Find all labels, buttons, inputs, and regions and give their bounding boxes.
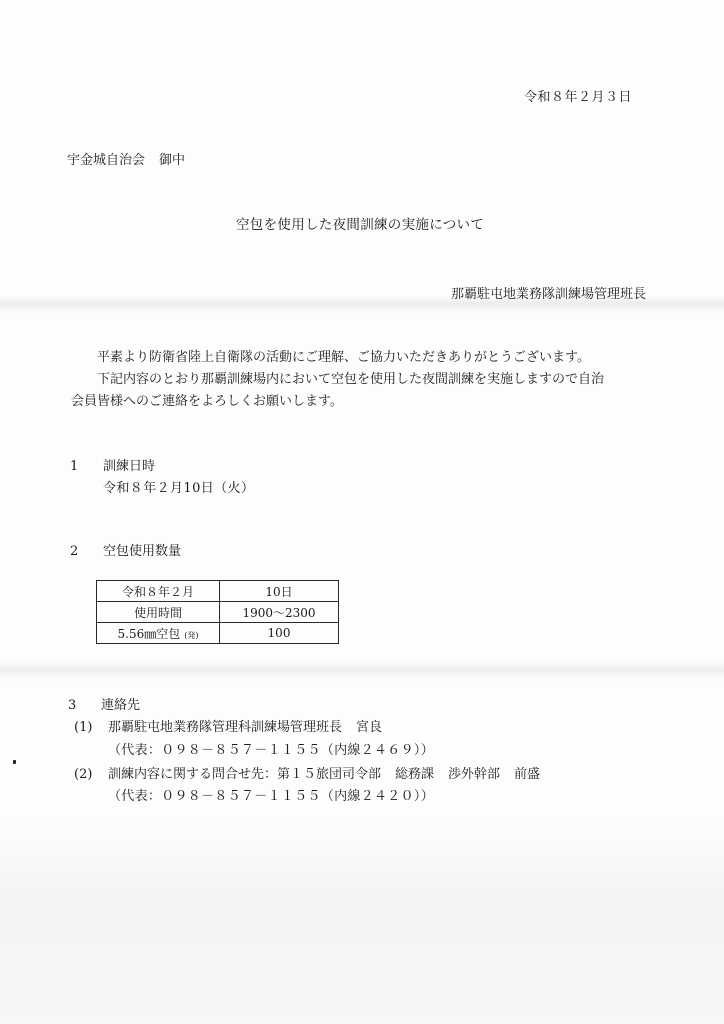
recipient-name: 宇金城自治会 <box>67 153 145 168</box>
section-3-heading: 3連絡先 <box>68 694 140 713</box>
ammo-type: 5.56㎜空包 <box>118 627 181 641</box>
table-cell-value: 1900〜2300 <box>220 602 339 623</box>
section-number: 1 <box>70 459 103 474</box>
contact-org: 訓練内容に関する問合せ先：第１５旅団司令部 <box>108 767 381 782</box>
table-row: 使用時間 1900〜2300 <box>97 602 339 623</box>
table-row: 5.56㎜空包(発) 100 <box>97 623 339 644</box>
table-row: 令和８年２月 10日 <box>97 581 339 602</box>
recipient-honorific: 御中 <box>159 153 185 168</box>
contact-org: 那覇駐屯地業務隊管理科訓練場管理班長 <box>108 720 342 735</box>
contact-number: (1) <box>74 720 108 735</box>
contact-role: 渉外幹部 <box>448 767 500 782</box>
section-title: 訓練日時 <box>103 459 155 474</box>
ammo-unit: (発) <box>184 631 198 640</box>
body-line: 会員皆様へのご連絡をよろしくお願いします。 <box>71 391 671 413</box>
contact-person: 前盛 <box>514 767 540 782</box>
section-number: 3 <box>68 698 101 713</box>
scan-speck <box>13 760 16 764</box>
sender: 那覇駐屯地業務隊訓練場管理班長 <box>451 283 646 302</box>
blank-ammo-usage-table: 令和８年２月 10日 使用時間 1900〜2300 5.56㎜空包(発) 100 <box>96 580 339 644</box>
contact-1-phone: （代表：０９８－８５７－１１５５（内線２４６９）） <box>108 739 434 758</box>
table-cell-value: 10日 <box>220 581 339 602</box>
table-cell-label: 5.56㎜空包(発) <box>97 623 220 644</box>
body-line: 平素より防衛省陸上自衛隊の活動にご理解、ご協力いただきありがとうございます。 <box>71 347 671 369</box>
scan-shading <box>0 820 724 1024</box>
scan-fold-band <box>0 660 724 682</box>
document-title: 空包を使用した夜間訓練の実施について <box>236 213 484 233</box>
contact-2-phone: （代表：０９８－８５７－１１５５（内線２４２０）） <box>108 785 434 804</box>
training-date: 令和８年２月10日（火） <box>103 477 254 496</box>
section-number: 2 <box>70 544 103 559</box>
contact-person: 宮良 <box>356 720 382 735</box>
document-date: 令和８年２月３日 <box>524 86 632 105</box>
contact-2: (2)訓練内容に関する問合せ先：第１５旅団司令部総務課渉外幹部前盛 <box>74 763 540 782</box>
contact-1: (1)那覇駐屯地業務隊管理科訓練場管理班長宮良 <box>74 716 382 735</box>
body-paragraph: 平素より防衛省陸上自衛隊の活動にご理解、ご協力いただきありがとうございます。 下… <box>71 347 671 413</box>
recipient: 宇金城自治会御中 <box>67 149 185 168</box>
contact-dept: 総務課 <box>395 767 434 782</box>
scanned-letter-page: 令和８年２月３日 宇金城自治会御中 空包を使用した夜間訓練の実施について 那覇駐… <box>0 0 724 1024</box>
contact-number: (2) <box>74 767 108 782</box>
body-line: 下記内容のとおり那覇訓練場内において空包を使用した夜間訓練を実施しますので自治 <box>71 369 671 391</box>
table-cell-label: 令和８年２月 <box>97 581 220 602</box>
section-title: 空包使用数量 <box>103 544 181 559</box>
section-1-heading: 1訓練日時 <box>70 455 155 474</box>
table-cell-label: 使用時間 <box>97 602 220 623</box>
section-2-heading: 2空包使用数量 <box>70 540 181 559</box>
section-title: 連絡先 <box>101 698 140 713</box>
table-cell-value: 100 <box>220 623 339 644</box>
